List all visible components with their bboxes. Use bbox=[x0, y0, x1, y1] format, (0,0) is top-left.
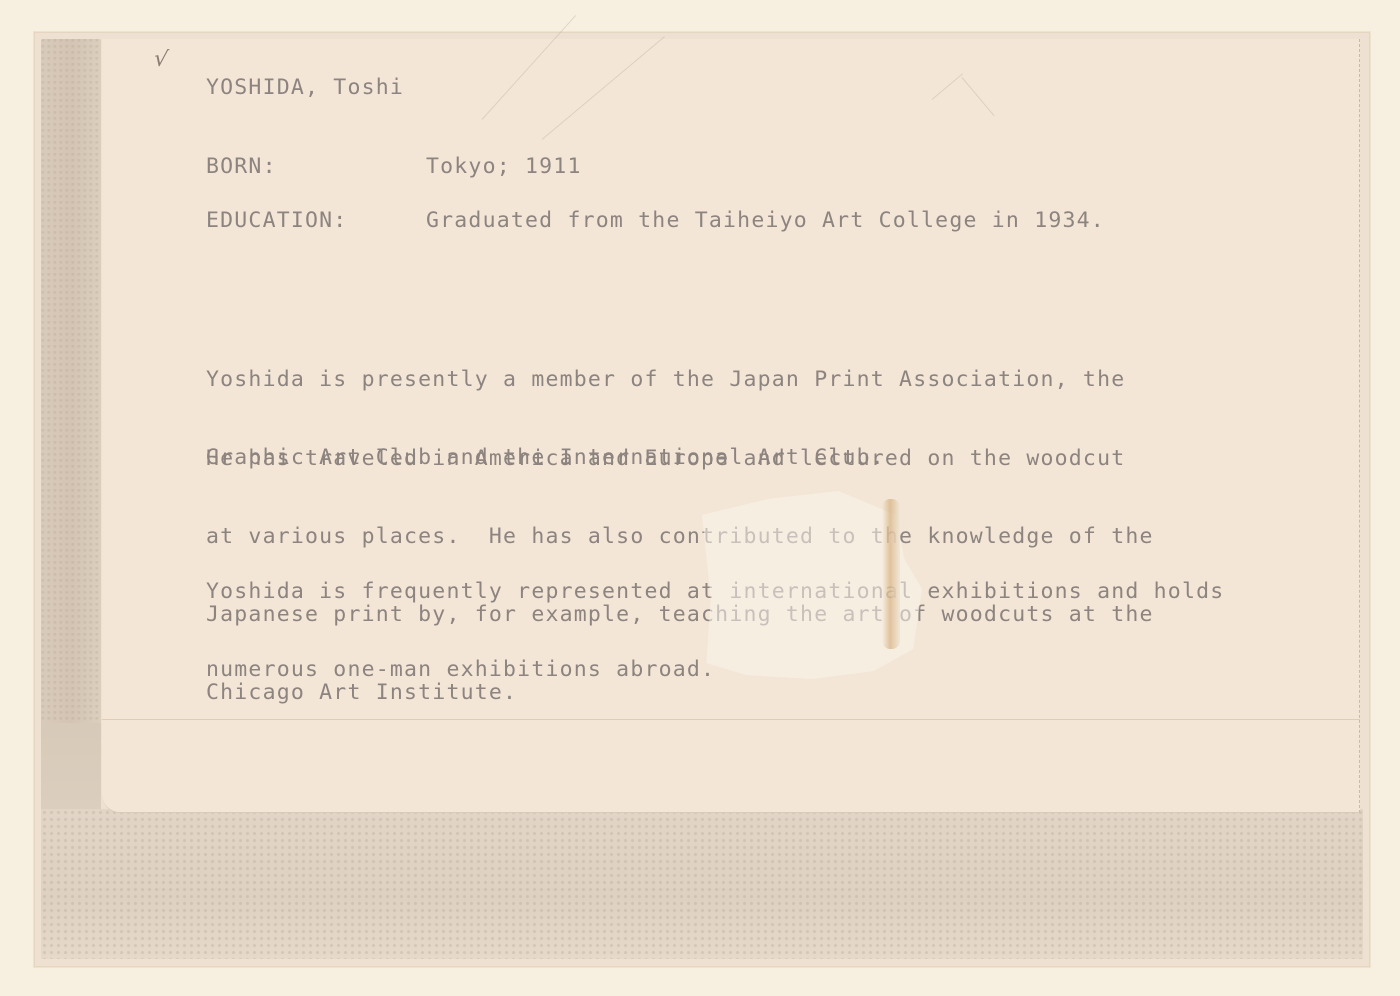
pencil-sketch-line bbox=[542, 36, 665, 140]
pencil-sketch-line bbox=[932, 73, 963, 99]
photocopy-shadow-left bbox=[41, 39, 101, 729]
education-label: EDUCATION: bbox=[206, 208, 347, 234]
photocopy-sheet: √ YOSHIDA, Toshi BORN: Tokyo; 1911 EDUCA… bbox=[34, 32, 1370, 967]
tear-stain-edge bbox=[882, 499, 900, 649]
education-value: Graduated from the Taiheiyo Art College … bbox=[426, 208, 1105, 234]
photocopy-shadow-bottom bbox=[41, 809, 1363, 959]
paragraph-line: He has traveled in America and Europe an… bbox=[206, 446, 1154, 472]
fold-crease-line bbox=[102, 719, 1360, 720]
handwritten-check-mark: √ bbox=[152, 46, 169, 73]
photocopy-shadow-left-lower bbox=[41, 723, 101, 813]
born-label: BORN: bbox=[206, 154, 277, 180]
name-heading: YOSHIDA, Toshi bbox=[206, 75, 404, 101]
biography-card: √ YOSHIDA, Toshi BORN: Tokyo; 1911 EDUCA… bbox=[102, 39, 1360, 813]
paragraph-line: Yoshida is presently a member of the Jap… bbox=[206, 367, 1125, 393]
pencil-sketch-line bbox=[962, 77, 995, 116]
born-value: Tokyo; 1911 bbox=[426, 154, 582, 180]
